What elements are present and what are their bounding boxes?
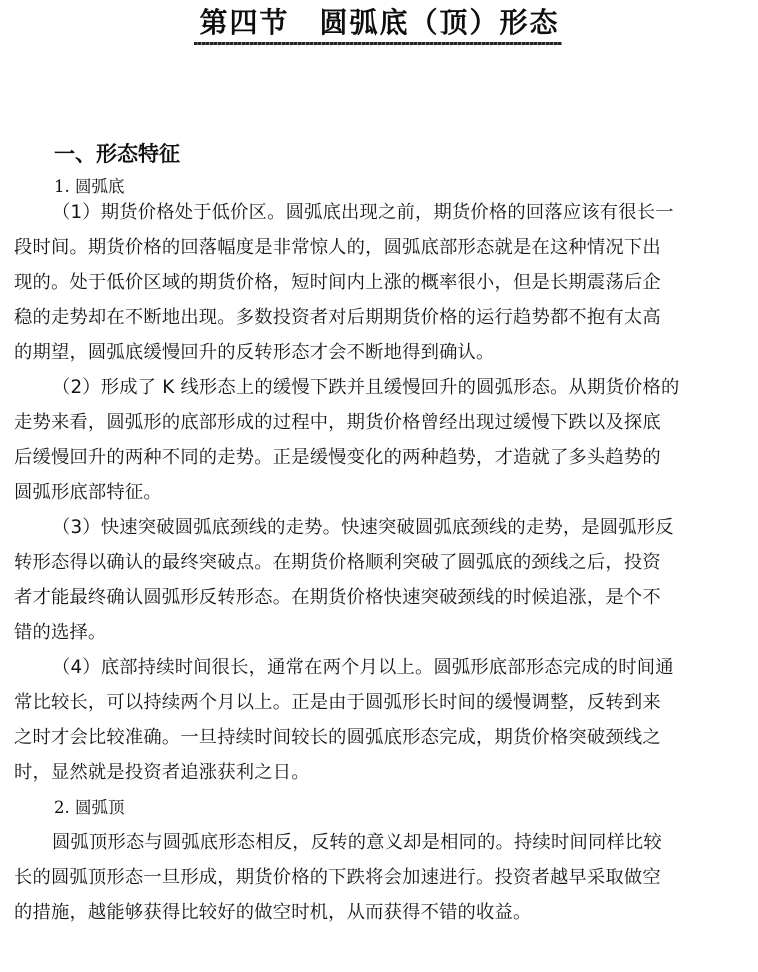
text-line: 常比较长，可以持续两个月以上。正是由于圆弧形长时间的缓慢调整，反转到来 (14, 691, 746, 715)
text-line: （3）快速突破圆弧底颈线的走势。快速突破圆弧底颈线的走势，是圆弧形反 (52, 516, 758, 540)
text-line: 之时才会比较准确。一旦持续时间较长的圆弧底形态完成，期货价格突破颈线之 (14, 726, 746, 750)
text-line: 时，显然就是投资者追涨获利之日。 (14, 761, 746, 785)
page-title: 第四节 圆弧底（顶）形态 (197, 6, 562, 42)
text-line: 转形态得以确认的最终突破点。在期货价格顺利突破了圆弧底的颈线之后，投资 (14, 551, 746, 575)
text-line: 走势来看，圆弧形的底部形成的过程中，期货价格曾经出现过缓慢下跌以及探底 (14, 411, 746, 435)
text-line: 错的选择。 (14, 621, 746, 645)
text-line: 的期望，圆弧底缓慢回升的反转形态才会不断地得到确认。 (14, 341, 746, 365)
text-line: （2）形成了 K 线形态上的缓慢下跌并且缓慢回升的圆弧形态。从期货价格的 (52, 376, 758, 400)
title-underline-divider (194, 42, 562, 45)
text-line: 现的。处于低价区域的期货价格，短时间内上涨的概率很小，但是长期震荡后企 (14, 271, 746, 295)
text-line: 圆弧形底部特征。 (14, 481, 746, 505)
section-heading: 一、形态特征 (54, 140, 180, 168)
text-line: （1）期货价格处于低价区。圆弧底出现之前，期货价格的回落应该有很长一 (52, 201, 758, 225)
text-line: 后缓慢回升的两种不同的走势。正是缓慢变化的两种趋势，才造就了多头趋势的 (14, 446, 746, 470)
text-line: 者才能最终确认圆弧形反转形态。在期货价格快速突破颈线的时候追涨，是个不 (14, 586, 746, 610)
text-line: 长的圆弧顶形态一旦形成，期货价格的下跌将会加速进行。投资者越早采取做空 (14, 866, 746, 890)
subsection-heading: 1. 圆弧底 (54, 175, 125, 199)
text-line: 稳的走势却在不断地出现。多数投资者对后期期货价格的运行趋势都不抱有太高 (14, 306, 746, 330)
subsection-heading: 2. 圆弧顶 (54, 796, 125, 820)
text-line: 段时间。期货价格的回落幅度是非常惊人的，圆弧底部形态就是在这种情况下出 (14, 236, 746, 260)
text-line: 圆弧顶形态与圆弧底形态相反，反转的意义却是相同的。持续时间同样比较 (52, 831, 758, 855)
text-line: （4）底部持续时间很长，通常在两个月以上。圆弧形底部形态完成的时间通 (52, 656, 758, 680)
text-line: 的措施，越能够获得比较好的做空时机，从而获得不错的收益。 (14, 901, 746, 925)
